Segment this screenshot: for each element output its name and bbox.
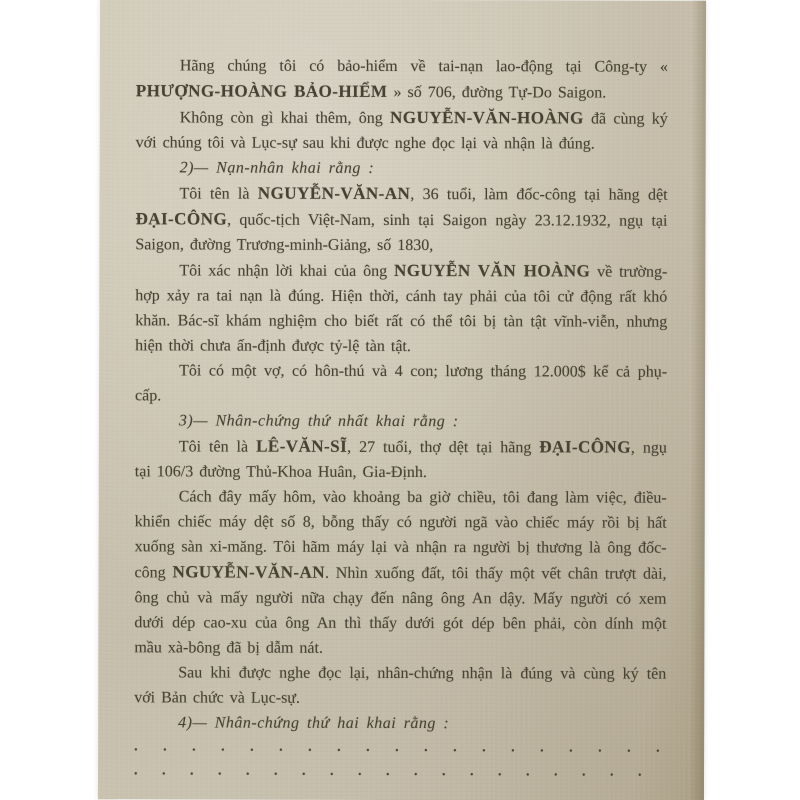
- emphasized-name: NGUYỄN-VĂN-AN: [258, 184, 411, 203]
- dotted-line: . . . . . . . . . . . . . . . . . . . . …: [134, 759, 666, 784]
- emphasized-name: ĐẠI-CÔNG: [135, 209, 227, 228]
- dotted-line: . . . . . . . . . . . . . . . . . . . .: [134, 735, 666, 760]
- emphasized-name: ĐẠI-CÔNG: [539, 437, 631, 456]
- emphasized-name: LÊ-VĂN-SĨ: [256, 437, 347, 456]
- scanned-page: Hãng chúng tôi có bảo-hiểm về tai-nạn la…: [98, 0, 706, 800]
- paragraph: Cách đây mấy hôm, vào khoảng ba giờ chiề…: [134, 484, 666, 661]
- paragraph: Sau khi được nghe đọc lại, nhân-chứng nh…: [134, 660, 666, 711]
- section-heading: 4)— Nhân-chứng thứ hai khai rằng :: [134, 710, 666, 736]
- paragraph: Tôi có một vợ, có hôn-thú và 4 con; lươn…: [135, 358, 667, 409]
- emphasized-name: NGUYỄN VĂN HOÀNG: [394, 261, 590, 281]
- page-worn-edge: [688, 1, 706, 800]
- emphasized-name: NGUYỄN-VĂN-AN: [172, 562, 325, 581]
- paragraph: Hãng chúng tôi có bảo-hiểm về tai-nạn la…: [136, 53, 668, 105]
- emphasized-name: PHƯỢNG-HOÀNG BẢO-HIỂM: [136, 81, 388, 101]
- section-heading: 2)— Nạn-nhân khai rằng :: [136, 155, 668, 181]
- section-heading: 3)— Nhân-chứng thứ nhất khai rằng :: [135, 408, 667, 434]
- paragraph: Tôi tên là LÊ-VĂN-SĨ, 27 tuổi, thợ dệt t…: [135, 433, 667, 485]
- emphasized-name: NGUYỄN-VĂN-HOÀNG: [390, 108, 584, 128]
- paragraph: Tôi xác nhận lời khai của ông NGUYỄN VĂN…: [135, 257, 667, 359]
- paragraph: Không còn gì khai thêm, ông NGUYỄN-VĂN-H…: [136, 104, 668, 156]
- paragraph: Tôi tên là NGUYỄN-VĂN-AN, 36 tuổi, làm đ…: [135, 180, 667, 258]
- document-text: Hãng chúng tôi có bảo-hiểm về tai-nạn la…: [134, 53, 668, 784]
